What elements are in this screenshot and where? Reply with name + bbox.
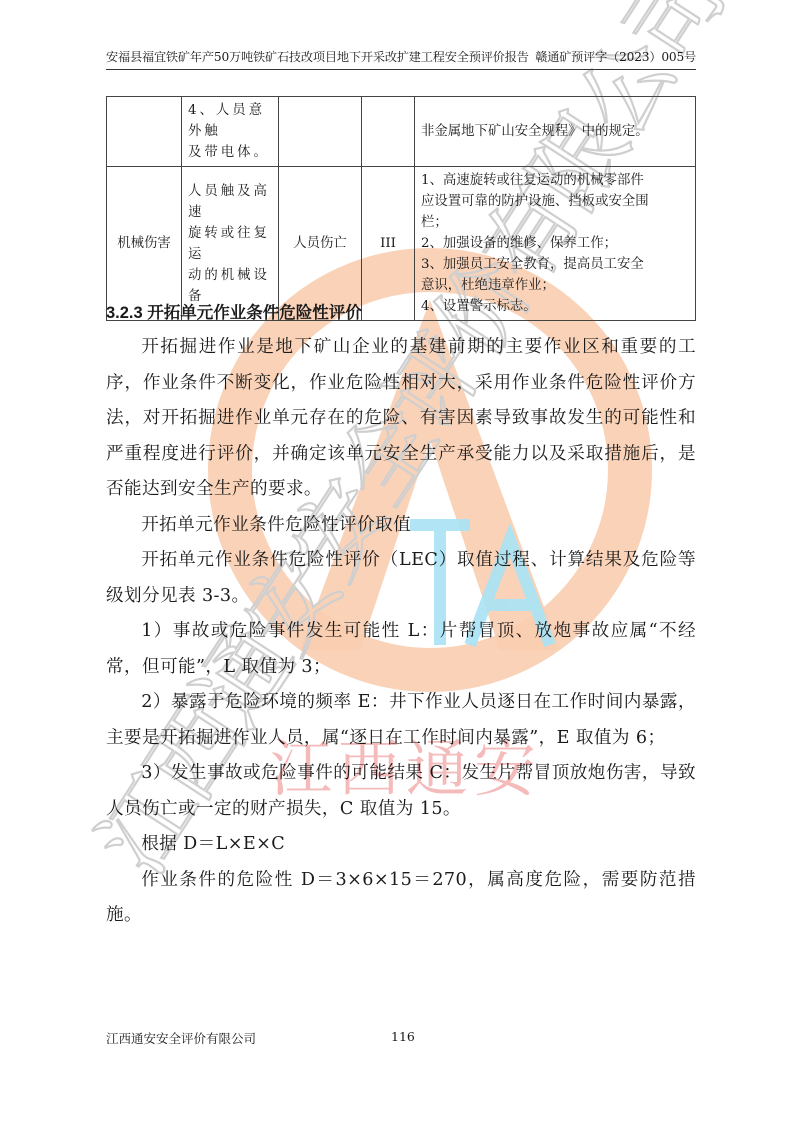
intro-paragraph: 开拓掘进作业是地下矿山企业的基建前期的主要作业区和重要的工序，作业条件不断变化，… bbox=[106, 330, 696, 508]
footer-company: 江西通安安全评价有限公司 bbox=[106, 1029, 256, 1047]
measures-cell: 非金属地下矿山安全规程》中的规定。 bbox=[415, 97, 696, 167]
hazard-cell bbox=[107, 97, 182, 167]
page-number: 116 bbox=[391, 1029, 415, 1044]
cause-cell: 4、人员意外触 及带电体。 bbox=[182, 97, 279, 167]
section-heading: 3.2.3 开拓单元作业条件危险性评价 bbox=[106, 296, 696, 330]
section-content: 3.2.3 开拓单元作业条件危险性评价 开拓掘进作业是地下矿山企业的基建前期的主… bbox=[106, 296, 696, 934]
formula-paragraph: 根据 D＝L×E×C bbox=[106, 827, 696, 863]
page-header: 安福县福宜铁矿年产50万吨铁矿石技改项目地下开采改扩建工程安全预评价报告 赣通矿… bbox=[106, 48, 696, 70]
table-row: 4、人员意外触 及带电体。 非金属地下矿山安全规程》中的规定。 bbox=[107, 97, 696, 167]
lec-paragraph: 开拓单元作业条件危险性评价（LEC）取值过程、计算结果及危险等级划分见表 3-3… bbox=[106, 543, 696, 614]
report-number: 赣通矿预评字（2023）005号 bbox=[535, 48, 696, 65]
report-title: 安福县福宜铁矿年产50万吨铁矿石技改项目地下开采改扩建工程安全预评价报告 bbox=[106, 48, 529, 65]
hazard-table: 4、人员意外触 及带电体。 非金属地下矿山安全规程》中的规定。 机械伤害 人员触… bbox=[106, 96, 696, 321]
consequence-paragraph: 3）发生事故或危险事件的可能结果 C：发生片帮冒顶放炮伤害，导致人员伤亡或一定的… bbox=[106, 756, 696, 827]
likelihood-paragraph: 1）事故或危险事件发生可能性 L：片帮冒顶、放炮事故应属“不经常，但可能”，L … bbox=[106, 614, 696, 685]
exposure-paragraph: 2）暴露于危险环境的频率 E：井下作业人员逐日在工作时间内暴露，主要是开拓掘进作… bbox=[106, 685, 696, 756]
result-paragraph: 作业条件的危险性 D＝3×6×15＝270，属高度危险，需要防范措施。 bbox=[106, 863, 696, 934]
subheading-paragraph: 开拓单元作业条件危险性评价取值 bbox=[106, 508, 696, 544]
consequence-cell bbox=[279, 97, 362, 167]
level-cell bbox=[362, 97, 415, 167]
